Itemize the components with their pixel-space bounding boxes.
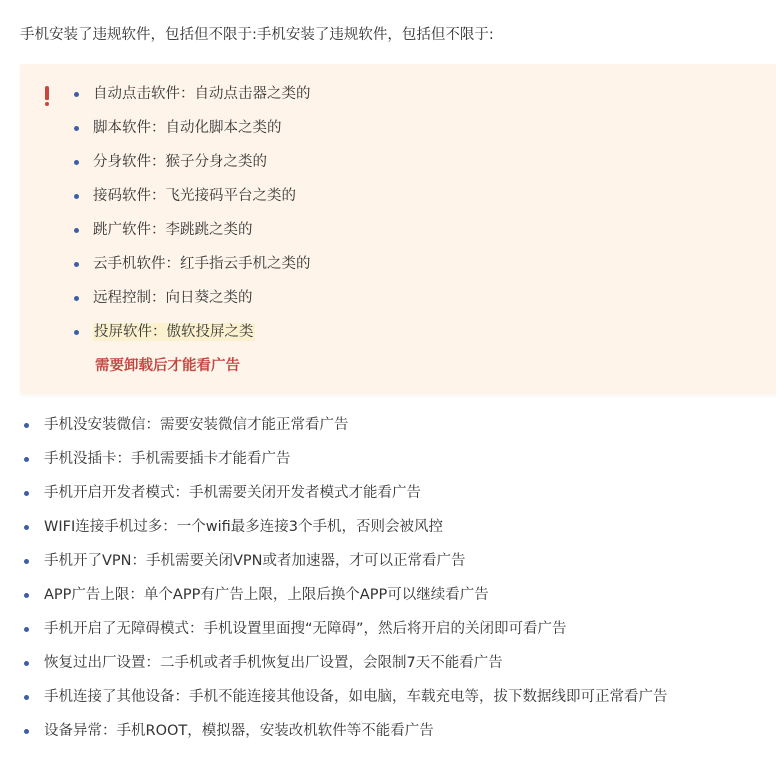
list-item-text: 设备异常：手机ROOT，模拟器，安装改机软件等不能看广告: [44, 723, 434, 739]
bullet-icon: [74, 126, 79, 131]
list-item: 恢复过出厂设置：二手机或者手机恢复出厂设置，会限制7天不能看广告: [20, 651, 668, 685]
list-item: 远程控制：向日葵之类的: [68, 286, 311, 320]
highlighted-list-item-text: 投屏软件：傲软投屏之类: [93, 323, 255, 341]
bullet-icon: [74, 262, 79, 267]
list-item-text: 手机开了VPN：手机需要关闭VPN或者加速器，才可以正常看广告: [44, 553, 466, 569]
list-item-text: 远程控制：向日葵之类的: [93, 290, 253, 306]
list-item-text: 恢复过出厂设置：二手机或者手机恢复出厂设置，会限制7天不能看广告: [44, 655, 503, 671]
list-item: 设备异常：手机ROOT，模拟器，安装改机软件等不能看广告: [20, 719, 668, 753]
bullet-icon: [24, 695, 29, 700]
list-item: 手机开了VPN：手机需要关闭VPN或者加速器，才可以正常看广告: [20, 549, 668, 583]
list-item: 手机开启了无障碍模式：手机设置里面搜“无障碍”，然后将开启的关闭即可看广告: [20, 617, 668, 651]
list-item-text: 脚本软件：自动化脚本之类的: [93, 120, 282, 136]
bullet-icon: [24, 593, 29, 598]
list-item: 手机没插卡：手机需要插卡才能看广告: [20, 447, 668, 481]
list-item-text: APP广告上限：单个APP有广告上限，上限后换个APP可以继续看广告: [44, 587, 489, 603]
list-item-text: 接码软件：飞光接码平台之类的: [93, 188, 296, 204]
list-item-text: 手机开启了无障碍模式：手机设置里面搜“无障碍”，然后将开启的关闭即可看广告: [44, 621, 567, 637]
bullet-icon: [24, 559, 29, 564]
list-item-text: 自动点击软件：自动点击器之类的: [93, 86, 311, 102]
intro-text: 手机安装了违规软件，包括但不限于:手机安装了违规软件，包括但不限于:: [20, 23, 494, 47]
list-item: 投屏软件：傲软投屏之类: [68, 320, 311, 354]
bullet-icon: [74, 330, 79, 335]
bullet-icon: [24, 423, 29, 428]
bullet-icon: [74, 228, 79, 233]
uninstall-note: 需要卸载后才能看广告: [95, 354, 240, 378]
reasons-list: 手机没安装微信：需要安装微信才能正常看广告 手机没插卡：手机需要插卡才能看广告 …: [20, 413, 668, 753]
list-item: 跳广软件：李跳跳之类的: [68, 218, 311, 252]
list-item: 云手机软件：红手指云手机之类的: [68, 252, 311, 286]
list-item: 手机连接了其他设备：手机不能连接其他设备，如电脑，车载充电等，拔下数据线即可正常…: [20, 685, 668, 719]
list-item: 手机开启开发者模式：手机需要关闭开发者模式才能看广告: [20, 481, 668, 515]
list-item-text: 云手机软件：红手指云手机之类的: [93, 256, 311, 272]
list-item-text: 手机开启开发者模式：手机需要关闭开发者模式才能看广告: [44, 485, 421, 501]
list-item: 接码软件：飞光接码平台之类的: [68, 184, 311, 218]
bullet-icon: [74, 194, 79, 199]
bullet-icon: [74, 296, 79, 301]
list-item-text: 手机连接了其他设备：手机不能连接其他设备，如电脑，车载充电等，拔下数据线即可正常…: [44, 689, 668, 705]
list-item: WIFI连接手机过多：一个wifi最多连接3个手机，否则会被风控: [20, 515, 668, 549]
bullet-icon: [74, 92, 79, 97]
bullet-icon: [24, 627, 29, 632]
list-item-text: 手机没插卡：手机需要插卡才能看广告: [44, 451, 291, 467]
bullet-icon: [24, 729, 29, 734]
bullet-icon: [24, 525, 29, 530]
list-item-text: 跳广软件：李跳跳之类的: [93, 222, 253, 238]
list-item: 自动点击软件：自动点击器之类的: [68, 82, 311, 116]
bullet-icon: [24, 457, 29, 462]
bullet-icon: [24, 661, 29, 666]
list-item-text: WIFI连接手机过多：一个wifi最多连接3个手机，否则会被风控: [44, 519, 443, 535]
list-item: 分身软件：猴子分身之类的: [68, 150, 311, 184]
list-item: 脚本软件：自动化脚本之类的: [68, 116, 311, 150]
list-item: APP广告上限：单个APP有广告上限，上限后换个APP可以继续看广告: [20, 583, 668, 617]
list-item-text: 手机没安装微信：需要安装微信才能正常看广告: [44, 417, 349, 433]
list-item-text: 分身软件：猴子分身之类的: [93, 154, 267, 170]
bullet-icon: [24, 491, 29, 496]
exclamation-icon: [40, 83, 54, 109]
warning-callout: 自动点击软件：自动点击器之类的 脚本软件：自动化脚本之类的 分身软件：猴子分身之…: [20, 64, 776, 394]
bullet-icon: [74, 160, 79, 165]
list-item: 手机没安装微信：需要安装微信才能正常看广告: [20, 413, 668, 447]
prohibited-software-list: 自动点击软件：自动点击器之类的 脚本软件：自动化脚本之类的 分身软件：猴子分身之…: [68, 82, 311, 354]
